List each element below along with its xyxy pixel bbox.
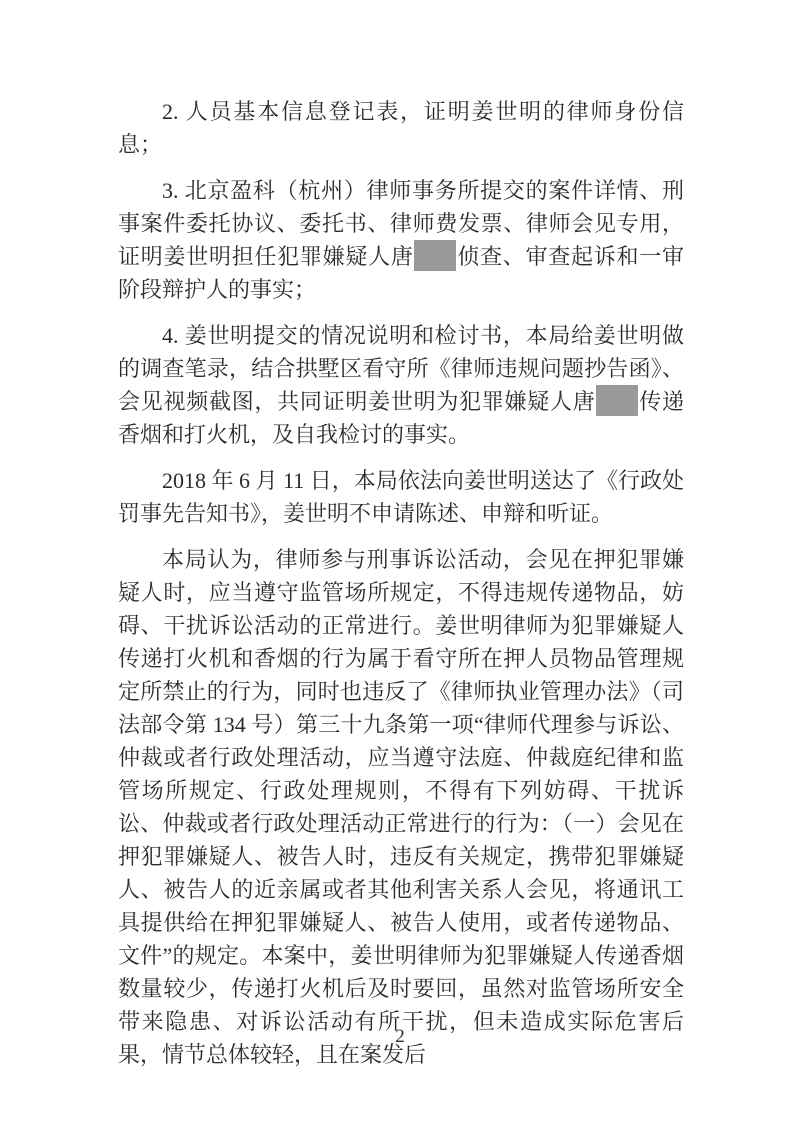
redaction-box	[596, 385, 638, 416]
paragraph-text: 本局认为，律师参与刑事诉讼活动，会见在押犯罪嫌疑人时，应当遵守监管场所规定，不得…	[118, 547, 684, 1067]
page-number: 2	[0, 1026, 800, 1048]
paragraph-evidence-item-3: 3. 北京盈科（杭州）律师事务所提交的案件详情、刑事案件委托协议、委托书、律师费…	[118, 174, 684, 306]
redaction-box	[414, 240, 456, 271]
paragraph-text: 2018 年 6 月 11 日，本局依法向姜世明送达了《行政处罚事先告知书》，姜…	[118, 468, 684, 526]
paragraph-bureau-opinion: 本局认为，律师参与刑事诉讼活动，会见在押犯罪嫌疑人时，应当遵守监管场所规定，不得…	[118, 543, 684, 1071]
paragraph-evidence-item-4: 4. 姜世明提交的情况说明和检讨书，本局给姜世明做的调查笔录，结合拱墅区看守所《…	[118, 319, 684, 451]
paragraph-notice-delivery: 2018 年 6 月 11 日，本局依法向姜世明送达了《行政处罚事先告知书》，姜…	[118, 464, 684, 530]
paragraph-text: 2. 人员基本信息登记表，证明姜世明的律师身份信息；	[118, 99, 684, 157]
paragraph-evidence-item-2: 2. 人员基本信息登记表，证明姜世明的律师身份信息；	[118, 95, 684, 161]
document-page: 2. 人员基本信息登记表，证明姜世明的律师身份信息；3. 北京盈科（杭州）律师事…	[0, 0, 800, 1132]
document-body: 2. 人员基本信息登记表，证明姜世明的律师身份信息；3. 北京盈科（杭州）律师事…	[118, 95, 684, 1084]
